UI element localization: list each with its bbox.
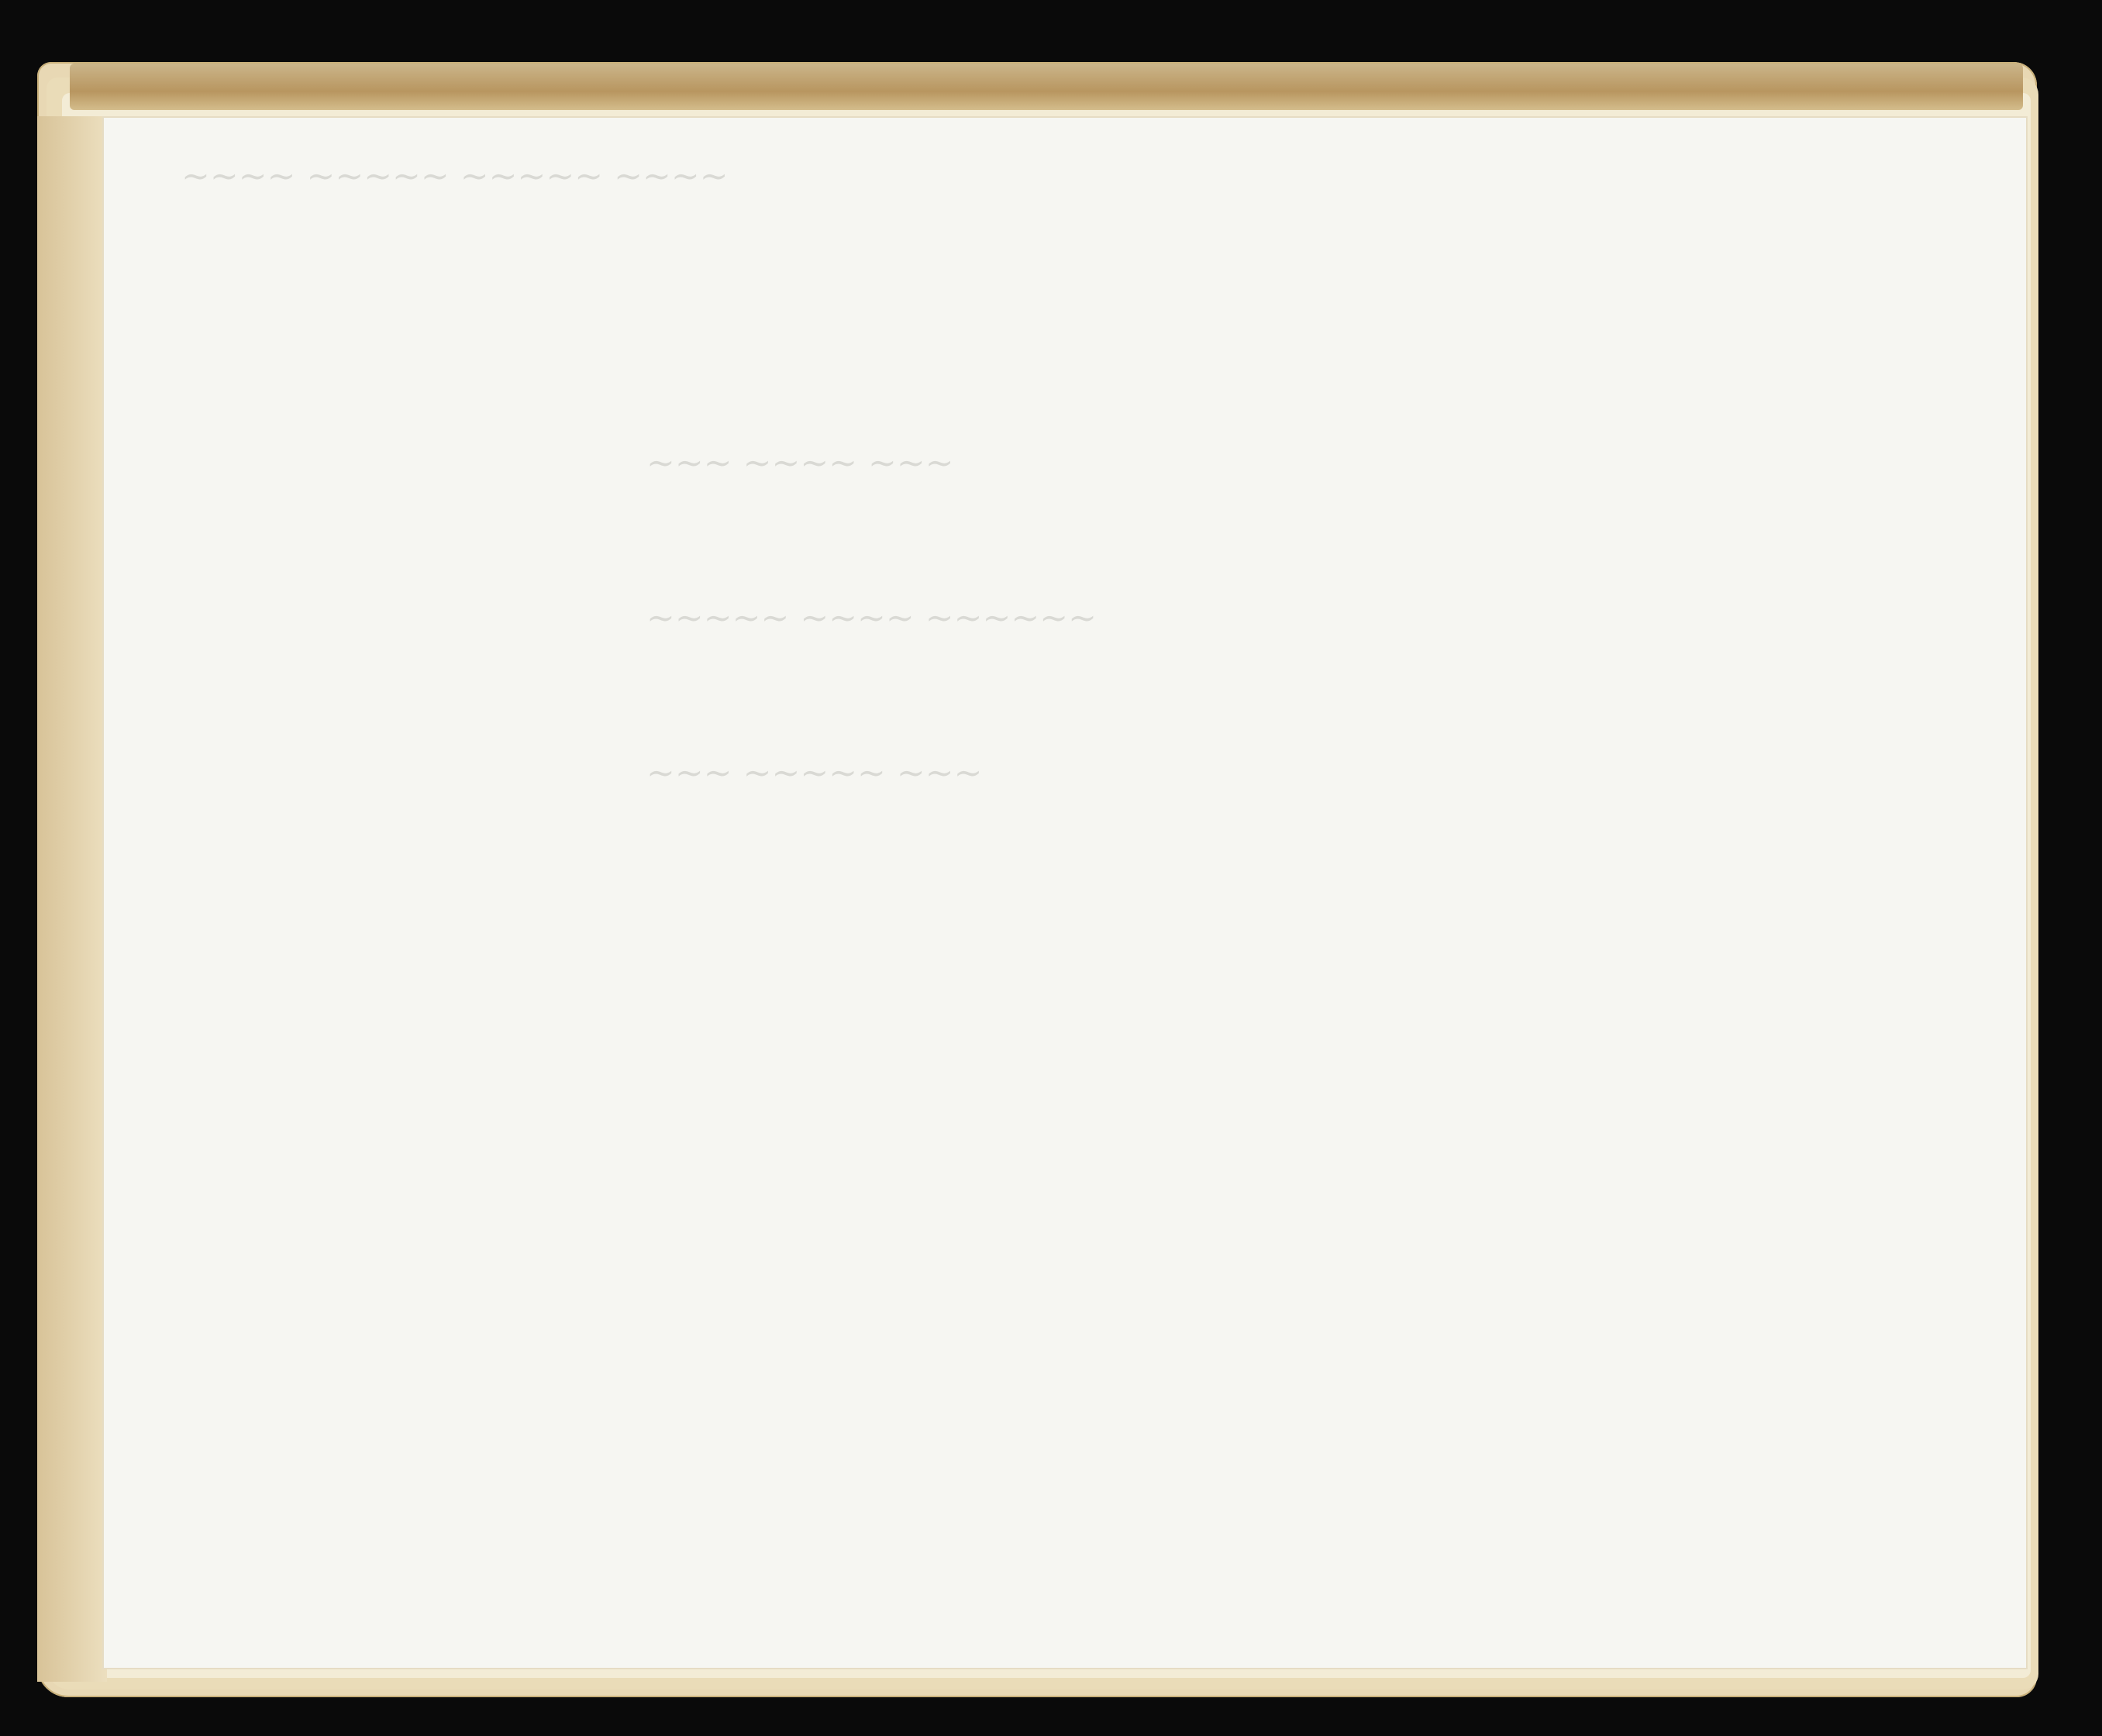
blank-page: ~~~~ ~~~~~ ~~~~~ ~~~~ ~~~ ~~~~ ~~~ ~~~~~…	[102, 116, 2028, 1669]
page-edges-top	[70, 64, 2023, 110]
bleed-through-text: ~~~~~ ~~~~ ~~~~~~	[646, 598, 1097, 638]
bleed-through-text: ~~~ ~~~~ ~~~	[646, 443, 954, 483]
bleed-through-text: ~~~ ~~~~~ ~~~	[646, 753, 983, 793]
page-edges-left	[37, 116, 107, 1682]
bleed-through-text: ~~~~ ~~~~~ ~~~~~ ~~~~	[181, 157, 729, 196]
